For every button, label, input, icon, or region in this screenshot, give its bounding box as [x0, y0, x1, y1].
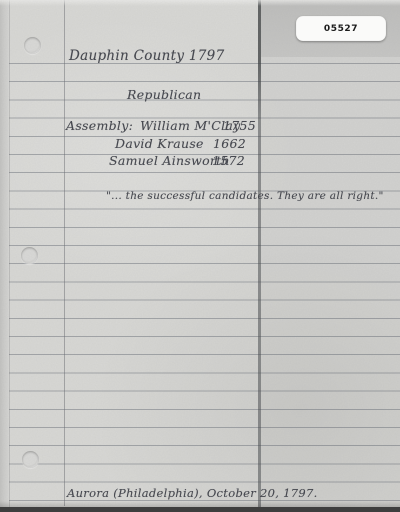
hole-punch-bottom — [22, 451, 39, 468]
result-row-2-votes: 1662 — [213, 138, 246, 151]
quote-text: "... the successful candidates. They are… — [106, 191, 384, 202]
result-row-1-votes: 1755 — [223, 120, 256, 133]
right-page-shade — [261, 0, 400, 512]
vertical-crease-line — [258, 0, 261, 507]
catalog-number: 05527 — [324, 24, 358, 34]
page-top-edge — [0, 0, 400, 6]
page-left-edge — [0, 0, 9, 512]
bottom-dark-edge — [0, 507, 400, 512]
result-row-1-name: Assembly:William M'Clay — [66, 120, 241, 133]
result-row-2-name: David Krause — [115, 138, 204, 151]
scanned-notebook-page: 05527 Dauphin County 1797 Republican Ass… — [0, 0, 400, 512]
result-row-3-votes: 1572 — [212, 155, 245, 168]
office-label: Assembly: — [66, 118, 133, 133]
hole-punch-top — [24, 37, 41, 54]
catalog-sticker: 05527 — [296, 16, 386, 41]
page-left-edge-line — [9, 0, 10, 512]
party-text: Republican — [127, 89, 201, 102]
margin-line — [64, 0, 65, 506]
hole-punch-middle — [21, 247, 38, 264]
source-citation: Aurora (Philadelphia), October 20, 1797. — [67, 488, 318, 500]
title-text: Dauphin County 1797 — [69, 50, 224, 64]
